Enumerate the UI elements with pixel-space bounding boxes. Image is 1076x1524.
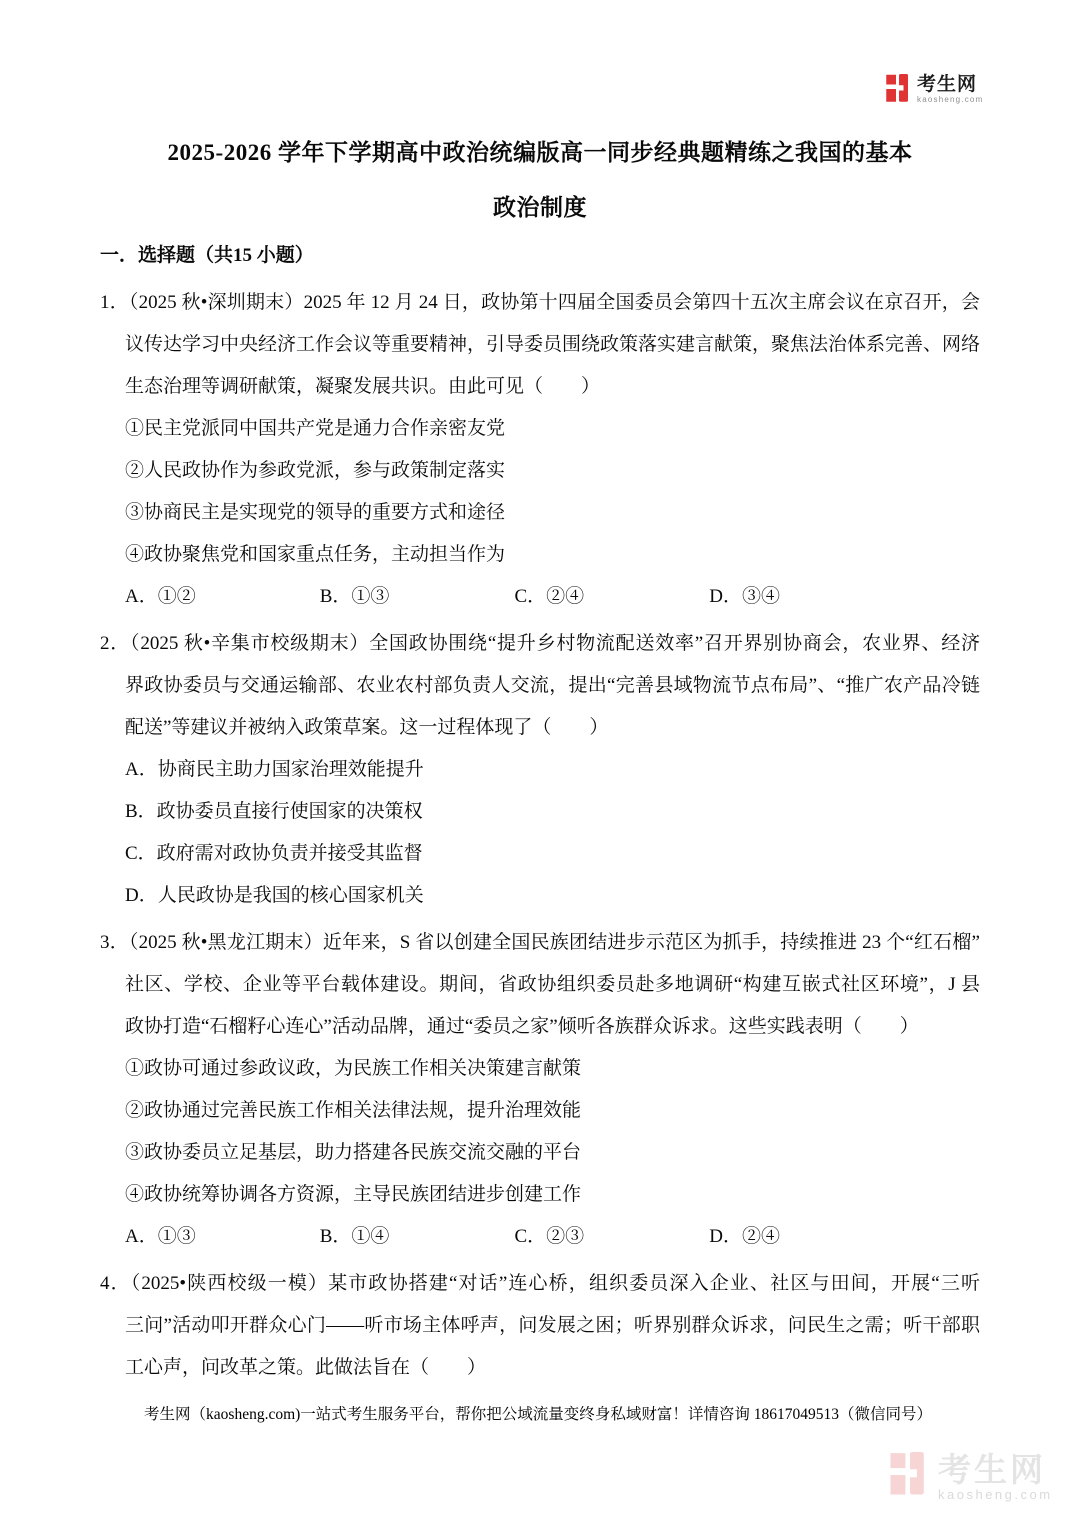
- watermark-domain-text: kaosheng.com: [938, 1488, 1053, 1502]
- question-2-option-d: D．人民政协是我国的核心国家机关: [125, 875, 980, 917]
- question-3-option-c: C．②③: [515, 1216, 705, 1258]
- question-2-option-b: B．政协委员直接行使国家的决策权: [125, 791, 980, 833]
- question-3: 3．（2025 秋•黑龙江期末）近年来，S 省以创建全国民族团结进步示范区为抓手…: [100, 922, 980, 1258]
- question-3-option-d: D．②④: [709, 1216, 780, 1258]
- document-page: 2025-2026 学年下学期高中政治统编版高一同步经典题精练之我国的基本 政治…: [0, 125, 1076, 1389]
- question-1-options: A．①② B．①③ C．②④ D．③④: [125, 576, 980, 618]
- question-3-options: A．①③ B．①④ C．②③ D．②④: [125, 1216, 980, 1258]
- question-3-item: ③政协委员立足基层，助力搭建各民族交流交融的平台: [125, 1132, 980, 1174]
- question-4-stem-line: 三问”活动叩开群众心门——听市场主体呼声，问发展之困；听界别群众诉求，问民生之需…: [125, 1305, 980, 1347]
- question-1-item: ①民主党派同中国共产党是通力合作亲密友党: [125, 408, 980, 450]
- question-3-option-b: B．①④: [320, 1216, 510, 1258]
- kaosheng-watermark-icon: [890, 1452, 930, 1498]
- question-4-stem-line: 4．（2025•陕西校级一模）某市政协搭建“对话”连心桥，组织委员深入企业、社区…: [100, 1263, 980, 1305]
- watermark-text: 考生网 kaosheng.com: [938, 1452, 1053, 1502]
- page-footer: 考生网（kaosheng.com)一站式考生服务平台，帮你把公域流量变终身私域财…: [0, 1398, 1076, 1432]
- question-1-option-c: C．②④: [515, 576, 705, 618]
- question-1-item: ③协商民主是实现党的领导的重要方式和途径: [125, 492, 980, 534]
- question-1-item: ②人民政协作为参政党派，参与政策制定落实: [125, 450, 980, 492]
- question-3-stem-line: 政协打造“石榴籽心连心”活动品牌，通过“委员之家”倾听各族群众诉求。这些实践表明…: [125, 1006, 980, 1048]
- kaosheng-logo: 考生网 kaosheng.com: [886, 74, 983, 104]
- question-2-stem-line: 界政协委员与交通运输部、农业农村部负责人交流，提出“完善县域物流节点布局”、“推…: [125, 665, 980, 707]
- kaosheng-watermark: 考生网 kaosheng.com: [890, 1452, 1053, 1502]
- question-1-stem-line: 生态治理等调研献策，凝聚发展共识。由此可见（ ）: [125, 366, 980, 408]
- question-1-stem-line: 1．（2025 秋•深圳期末）2025 年 12 月 24 日，政协第十四届全国…: [100, 282, 980, 324]
- question-4-stem-line: 工心声，问改革之策。此做法旨在（ ）: [125, 1347, 980, 1389]
- question-2-stem-line: 配送”等建议并被纳入政策草案。这一过程体现了（ ）: [125, 707, 980, 749]
- question-4: 4．（2025•陕西校级一模）某市政协搭建“对话”连心桥，组织委员深入企业、社区…: [100, 1263, 980, 1389]
- question-3-stem-line: 3．（2025 秋•黑龙江期末）近年来，S 省以创建全国民族团结进步示范区为抓手…: [100, 922, 980, 964]
- question-1-stem-line: 议传达学习中央经济工作会议等重要精神，引导委员围绕政策落实建言献策，聚焦法治体系…: [125, 324, 980, 366]
- question-1-option-b: B．①③: [320, 576, 510, 618]
- question-2-stem-line: 2．（2025 秋•辛集市校级期末）全国政协围绕“提升乡村物流配送效率”召开界别…: [100, 623, 980, 665]
- logo-brand-text: 考生网: [917, 74, 983, 95]
- question-1-option-a: A．①②: [125, 576, 315, 618]
- question-3-option-a: A．①③: [125, 1216, 315, 1258]
- section-heading: 一．选择题（共15 小题）: [100, 235, 980, 277]
- logo-text: 考生网 kaosheng.com: [917, 74, 983, 104]
- question-3-item: ①政协可通过参政议政，为民族工作相关决策建言献策: [125, 1048, 980, 1090]
- question-1-item: ④政协聚焦党和国家重点任务，主动担当作为: [125, 534, 980, 576]
- logo-domain-text: kaosheng.com: [917, 95, 983, 104]
- question-1-option-d: D．③④: [709, 576, 780, 618]
- watermark-brand-text: 考生网: [938, 1452, 1053, 1488]
- page-title-line-1: 2025-2026 学年下学期高中政治统编版高一同步经典题精练之我国的基本: [100, 125, 980, 180]
- page-title: 2025-2026 学年下学期高中政治统编版高一同步经典题精练之我国的基本 政治…: [100, 125, 980, 235]
- question-1: 1．（2025 秋•深圳期末）2025 年 12 月 24 日，政协第十四届全国…: [100, 282, 980, 618]
- question-2-option-a: A．协商民主助力国家治理效能提升: [125, 749, 980, 791]
- question-2: 2．（2025 秋•辛集市校级期末）全国政协围绕“提升乡村物流配送效率”召开界别…: [100, 623, 980, 917]
- question-3-item: ④政协统筹协调各方资源，主导民族团结进步创建工作: [125, 1174, 980, 1216]
- page-title-line-2: 政治制度: [100, 180, 980, 235]
- question-3-stem-line: 社区、学校、企业等平台载体建设。期间，省政协组织委员赴多地调研“构建互嵌式社区环…: [125, 964, 980, 1006]
- question-3-item: ②政协通过完善民族工作相关法律法规，提升治理效能: [125, 1090, 980, 1132]
- question-2-option-c: C．政府需对政协负责并接受其监督: [125, 833, 980, 875]
- kaosheng-logo-icon: [886, 74, 912, 104]
